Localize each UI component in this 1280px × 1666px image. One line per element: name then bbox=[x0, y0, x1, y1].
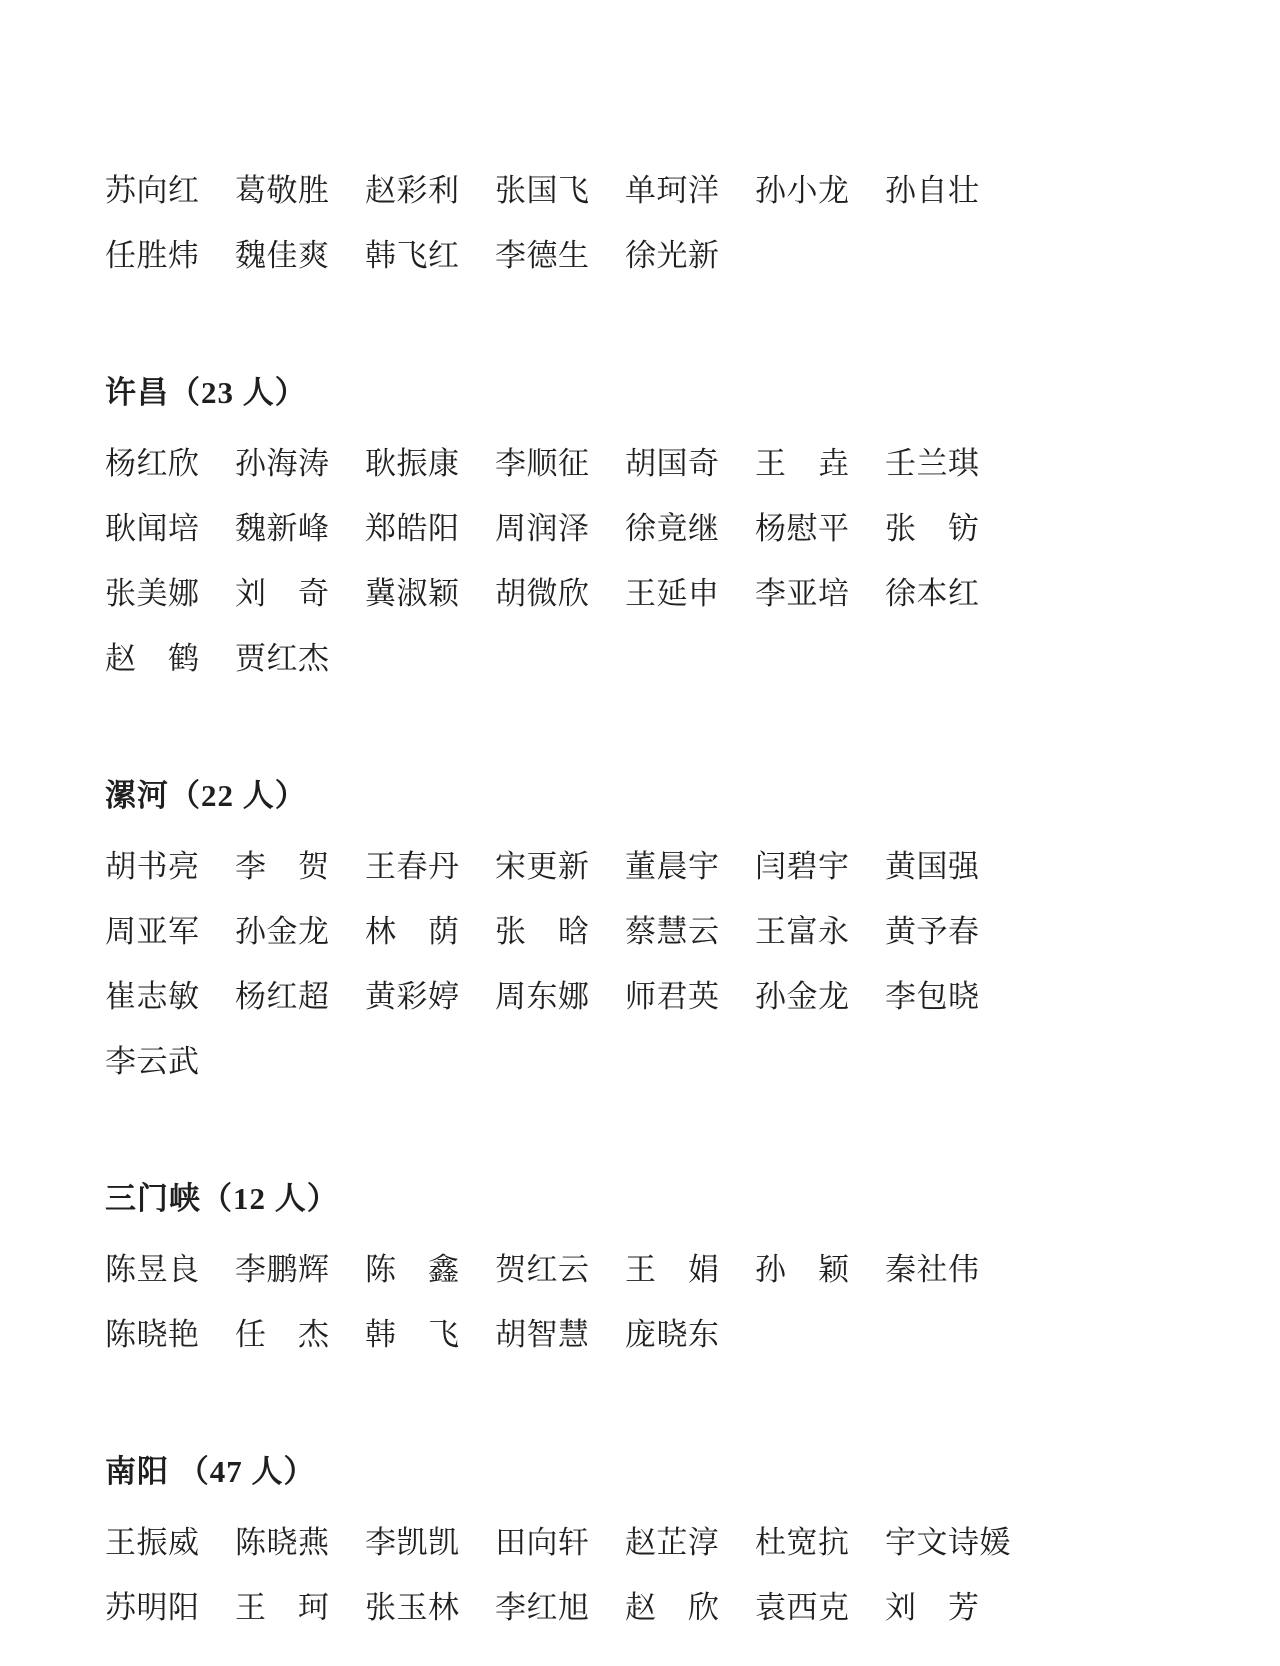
person-name: 胡微欣 bbox=[495, 568, 592, 613]
person-name: 黄予春 bbox=[885, 906, 982, 951]
person-name: 黄彩婷 bbox=[365, 971, 462, 1016]
person-name: 陈晓燕 bbox=[235, 1517, 332, 1562]
person-name: 魏佳爽 bbox=[235, 230, 332, 275]
person-name: 魏新峰 bbox=[235, 503, 332, 548]
person-name: 孙 颖 bbox=[755, 1244, 852, 1289]
person-name: 葛敬胜 bbox=[235, 165, 332, 210]
person-name: 秦社伟 bbox=[885, 1244, 982, 1289]
person-name: 李鹏辉 bbox=[235, 1244, 332, 1289]
person-name: 徐本红 bbox=[885, 568, 982, 613]
person-name: 张玉林 bbox=[365, 1582, 462, 1627]
name-row: 崔志敏杨红超黄彩婷周东娜师君英孙金龙李包晓 bbox=[105, 961, 1220, 1026]
person-name: 赵芷淳 bbox=[625, 1517, 722, 1562]
person-name: 郑皓阳 bbox=[365, 503, 462, 548]
person-name: 耿振康 bbox=[365, 438, 462, 483]
person-name: 王春丹 bbox=[365, 841, 462, 886]
name-row: 陈昱良李鹏辉陈 鑫贺红云王 娟孙 颖秦社伟 bbox=[105, 1234, 1220, 1299]
person-name: 王 垚 bbox=[755, 438, 852, 483]
person-name: 李云武 bbox=[105, 1036, 202, 1081]
intro-name-rows: 苏向红葛敬胜赵彩利张国飞单珂洋孙小龙孙自壮任胜炜魏佳爽韩飞红李德生徐光新 bbox=[105, 155, 1220, 285]
person-name: 孙小龙 bbox=[755, 165, 852, 210]
person-name: 赵彩利 bbox=[365, 165, 462, 210]
person-name: 刘 奇 bbox=[235, 568, 332, 613]
person-name: 田向轩 bbox=[495, 1517, 592, 1562]
section-title: 许昌（23 人） bbox=[105, 357, 1220, 422]
person-name: 单珂洋 bbox=[625, 165, 722, 210]
section-xuchang: 许昌（23 人）杨红欣孙海涛耿振康李顺征胡国奇王 垚壬兰琪耿闻培魏新峰郑皓阳周润… bbox=[105, 357, 1220, 688]
person-name: 董晨宇 bbox=[625, 841, 722, 886]
person-name: 林 荫 bbox=[365, 906, 462, 951]
person-name: 胡书亮 bbox=[105, 841, 202, 886]
person-name: 李顺征 bbox=[495, 438, 592, 483]
name-row: 杨红欣孙海涛耿振康李顺征胡国奇王 垚壬兰琪 bbox=[105, 428, 1220, 493]
person-name: 孙自壮 bbox=[885, 165, 982, 210]
person-name: 王振威 bbox=[105, 1517, 202, 1562]
section-sanmenxia: 三门峡（12 人）陈昱良李鹏辉陈 鑫贺红云王 娟孙 颖秦社伟陈晓艳任 杰韩 飞胡… bbox=[105, 1163, 1220, 1364]
name-row: 王振威陈晓燕李凯凯田向轩赵芷淳杜宽抗宇文诗媛 bbox=[105, 1507, 1220, 1572]
person-name: 韩飞红 bbox=[365, 230, 462, 275]
person-name: 徐光新 bbox=[625, 230, 722, 275]
name-row: 赵 鹤贾红杰 bbox=[105, 623, 1220, 688]
person-name: 陈晓艳 bbox=[105, 1309, 202, 1354]
person-name: 李红旭 bbox=[495, 1582, 592, 1627]
person-name: 李德生 bbox=[495, 230, 592, 275]
person-name: 陈昱良 bbox=[105, 1244, 202, 1289]
person-name: 周东娜 bbox=[495, 971, 592, 1016]
person-name: 李亚培 bbox=[755, 568, 852, 613]
name-row: 周亚军孙金龙林 荫张 晗蔡慧云王富永黄予春 bbox=[105, 896, 1220, 961]
person-name: 王富永 bbox=[755, 906, 852, 951]
section-title: 漯河（22 人） bbox=[105, 760, 1220, 825]
section-luohe: 漯河（22 人）胡书亮李 贺王春丹宋更新董晨宇闫碧宇黄国强周亚军孙金龙林 荫张 … bbox=[105, 760, 1220, 1091]
person-name: 李 贺 bbox=[235, 841, 332, 886]
person-name: 袁西克 bbox=[755, 1582, 852, 1627]
name-row: 任胜炜魏佳爽韩飞红李德生徐光新 bbox=[105, 220, 1220, 285]
city-sections: 许昌（23 人）杨红欣孙海涛耿振康李顺征胡国奇王 垚壬兰琪耿闻培魏新峰郑皓阳周润… bbox=[105, 357, 1220, 1637]
person-name: 赵 鹤 bbox=[105, 633, 202, 678]
person-name: 杜宽抗 bbox=[755, 1517, 852, 1562]
person-name: 蔡慧云 bbox=[625, 906, 722, 951]
person-name: 胡智慧 bbox=[495, 1309, 592, 1354]
person-name: 陈 鑫 bbox=[365, 1244, 462, 1289]
person-name: 冀淑颖 bbox=[365, 568, 462, 613]
person-name: 孙金龙 bbox=[235, 906, 332, 951]
person-name: 张国飞 bbox=[495, 165, 592, 210]
person-name: 赵 欣 bbox=[625, 1582, 722, 1627]
person-name: 王 娟 bbox=[625, 1244, 722, 1289]
person-name: 宇文诗媛 bbox=[885, 1517, 1011, 1562]
document-page: 苏向红葛敬胜赵彩利张国飞单珂洋孙小龙孙自壮任胜炜魏佳爽韩飞红李德生徐光新 许昌（… bbox=[0, 0, 1280, 1666]
person-name: 耿闻培 bbox=[105, 503, 202, 548]
person-name: 贾红杰 bbox=[235, 633, 332, 678]
person-name: 张 晗 bbox=[495, 906, 592, 951]
person-name: 王 珂 bbox=[235, 1582, 332, 1627]
name-row: 张美娜刘 奇冀淑颖胡微欣王延申李亚培徐本红 bbox=[105, 558, 1220, 623]
person-name: 周亚军 bbox=[105, 906, 202, 951]
person-name: 任胜炜 bbox=[105, 230, 202, 275]
person-name: 孙金龙 bbox=[755, 971, 852, 1016]
name-row: 耿闻培魏新峰郑皓阳周润泽徐竟继杨慰平张 钫 bbox=[105, 493, 1220, 558]
person-name: 韩 飞 bbox=[365, 1309, 462, 1354]
person-name: 任 杰 bbox=[235, 1309, 332, 1354]
person-name: 黄国强 bbox=[885, 841, 982, 886]
person-name: 孙海涛 bbox=[235, 438, 332, 483]
name-row: 胡书亮李 贺王春丹宋更新董晨宇闫碧宇黄国强 bbox=[105, 831, 1220, 896]
name-row: 李云武 bbox=[105, 1026, 1220, 1091]
person-name: 周润泽 bbox=[495, 503, 592, 548]
person-name: 壬兰琪 bbox=[885, 438, 982, 483]
person-name: 张 钫 bbox=[885, 503, 982, 548]
person-name: 宋更新 bbox=[495, 841, 592, 886]
person-name: 李凯凯 bbox=[365, 1517, 462, 1562]
person-name: 杨红超 bbox=[235, 971, 332, 1016]
name-row: 陈晓艳任 杰韩 飞胡智慧庞晓东 bbox=[105, 1299, 1220, 1364]
person-name: 苏向红 bbox=[105, 165, 202, 210]
person-name: 徐竟继 bbox=[625, 503, 722, 548]
person-name: 刘 芳 bbox=[885, 1582, 982, 1627]
name-row: 苏明阳王 珂张玉林李红旭赵 欣袁西克刘 芳 bbox=[105, 1572, 1220, 1637]
person-name: 胡国奇 bbox=[625, 438, 722, 483]
person-name: 王延申 bbox=[625, 568, 722, 613]
person-name: 李包晓 bbox=[885, 971, 982, 1016]
person-name: 杨红欣 bbox=[105, 438, 202, 483]
section-nanyang: 南阳 （47 人）王振威陈晓燕李凯凯田向轩赵芷淳杜宽抗宇文诗媛苏明阳王 珂张玉林… bbox=[105, 1436, 1220, 1637]
section-title: 南阳 （47 人） bbox=[105, 1436, 1220, 1501]
person-name: 杨慰平 bbox=[755, 503, 852, 548]
person-name: 张美娜 bbox=[105, 568, 202, 613]
section-title: 三门峡（12 人） bbox=[105, 1163, 1220, 1228]
name-row: 苏向红葛敬胜赵彩利张国飞单珂洋孙小龙孙自壮 bbox=[105, 155, 1220, 220]
person-name: 师君英 bbox=[625, 971, 722, 1016]
person-name: 苏明阳 bbox=[105, 1582, 202, 1627]
person-name: 崔志敏 bbox=[105, 971, 202, 1016]
person-name: 闫碧宇 bbox=[755, 841, 852, 886]
person-name: 庞晓东 bbox=[625, 1309, 722, 1354]
person-name: 贺红云 bbox=[495, 1244, 592, 1289]
